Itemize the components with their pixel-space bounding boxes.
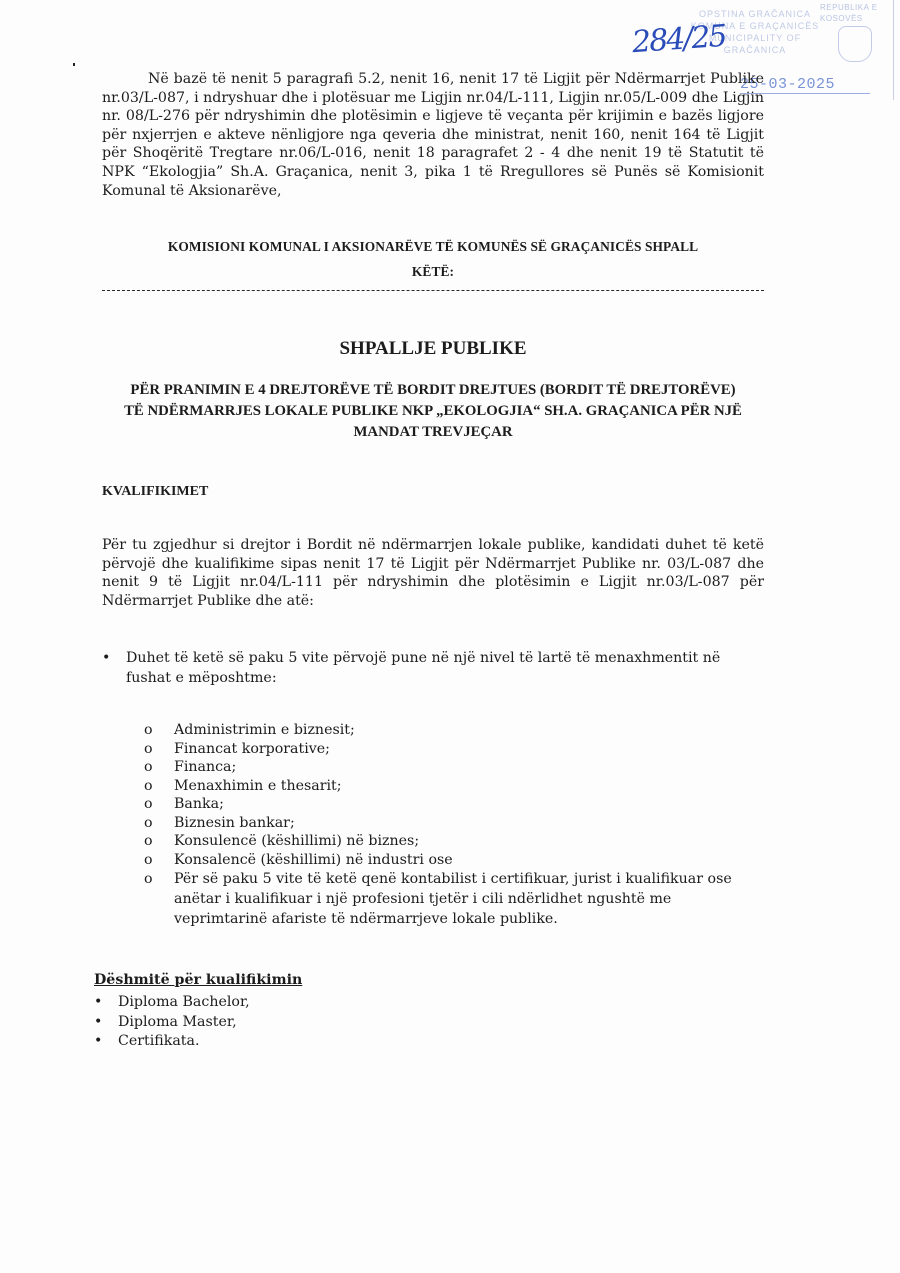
stamp-line: OPSTINA GRAČANICA bbox=[680, 8, 830, 20]
list-item: o Konsulencë (këshillimi) në biznes; bbox=[144, 832, 766, 851]
scan-speck bbox=[73, 63, 75, 66]
list-item: o Menaxhimin e thesarit; bbox=[144, 777, 766, 796]
dashed-divider bbox=[102, 290, 764, 291]
requirement-text: Duhet të ketë së paku 5 vite përvojë pun… bbox=[126, 648, 764, 688]
list-item: o Financa; bbox=[144, 758, 766, 777]
field-text: Konsulencë (këshillimi) në biznes; bbox=[174, 832, 766, 851]
field-text: Menaxhimin e thesarit; bbox=[174, 777, 766, 796]
bullet-icon: • bbox=[94, 1032, 102, 1052]
list-item: o Për së paku 5 vite të ketë qenë kontab… bbox=[144, 869, 766, 929]
legal-basis-paragraph: Në bazë të nenit 5 paragrafi 5.2, nenit … bbox=[102, 70, 764, 200]
document-title: SHPALLJE PUBLIKE bbox=[102, 338, 764, 360]
subtitle-line: MANDAT TREVJEÇAR bbox=[102, 422, 764, 443]
bullet-icon: • bbox=[102, 648, 126, 668]
list-item: • Diploma Bachelor, bbox=[94, 993, 250, 1013]
field-text: Për së paku 5 vite të ketë qenë kontabil… bbox=[174, 869, 766, 929]
subtitle-line: PËR PRANIMIN E 4 DREJTORËVE TË BORDIT DR… bbox=[102, 380, 764, 401]
circle-bullet-icon: o bbox=[144, 795, 168, 814]
announcement-line: KËTË: bbox=[102, 259, 764, 284]
list-item: o Konsalencë (këshillimi) në industri os… bbox=[144, 851, 766, 870]
management-fields-list: o Administrimin e biznesit; o Financat k… bbox=[144, 721, 766, 929]
list-item: o Biznesin bankar; bbox=[144, 814, 766, 833]
legal-basis-text: Në bazë të nenit 5 paragrafi 5.2, nenit … bbox=[102, 70, 764, 200]
announcement-line: KOMISIONI KOMUNAL I AKSIONARËVE TË KOMUN… bbox=[102, 234, 764, 259]
circle-bullet-icon: o bbox=[144, 814, 168, 833]
announcement-heading: KOMISIONI KOMUNAL I AKSIONARËVE TË KOMUN… bbox=[102, 234, 764, 284]
proof-text: Diploma Master, bbox=[118, 1013, 250, 1033]
list-item: o Banka; bbox=[144, 795, 766, 814]
circle-bullet-icon: o bbox=[144, 832, 168, 851]
circle-bullet-icon: o bbox=[144, 740, 168, 759]
proofs-heading: Dëshmitë për kualifikimin bbox=[94, 972, 302, 988]
document-page: OPSTINA GRAČANICA KOMUNA E GRAÇANICËS MU… bbox=[0, 0, 900, 1273]
bullet-icon: • bbox=[94, 993, 102, 1013]
circle-bullet-icon: o bbox=[144, 869, 168, 889]
handwritten-reference-number: 284/25 bbox=[631, 19, 727, 60]
field-text: Konsalencë (këshillimi) në industri ose bbox=[174, 851, 766, 870]
proof-text: Certifikata. bbox=[118, 1032, 250, 1052]
field-text: Financat korporative; bbox=[174, 740, 766, 759]
field-text: Financa; bbox=[174, 758, 766, 777]
qualifications-intro: Për tu zgjedhur si drejtor i Bordit në n… bbox=[102, 536, 764, 610]
field-text: Banka; bbox=[174, 795, 766, 814]
stamp-header: REPUBLIKA E KOSOVËS bbox=[820, 2, 900, 24]
subtitle-line: TË NDËRMARRJES LOKALE PUBLIKE NKP „EKOLO… bbox=[102, 401, 764, 422]
circle-bullet-icon: o bbox=[144, 777, 168, 796]
circle-bullet-icon: o bbox=[144, 851, 168, 870]
document-subtitle: PËR PRANIMIN E 4 DREJTORËVE TË BORDIT DR… bbox=[102, 380, 764, 443]
list-item: • Certifikata. bbox=[94, 1032, 250, 1052]
field-text: Administrimin e biznesit; bbox=[174, 721, 766, 740]
crest-icon bbox=[838, 26, 872, 62]
list-item: o Administrimin e biznesit; bbox=[144, 721, 766, 740]
list-item: • Diploma Master, bbox=[94, 1013, 250, 1033]
circle-bullet-icon: o bbox=[144, 721, 168, 740]
list-item: o Financat korporative; bbox=[144, 740, 766, 759]
proof-text: Diploma Bachelor, bbox=[118, 993, 250, 1013]
field-text: Biznesin bankar; bbox=[174, 814, 766, 833]
proofs-list: • Diploma Bachelor, • Diploma Master, • … bbox=[94, 993, 250, 1052]
requirement-bullet: • Duhet të ketë së paku 5 vite përvojë p… bbox=[102, 648, 764, 688]
circle-bullet-icon: o bbox=[144, 758, 168, 777]
scan-edge-line bbox=[893, 0, 894, 100]
bullet-icon: • bbox=[94, 1013, 102, 1033]
qualifications-heading: KVALIFIKIMET bbox=[102, 484, 208, 500]
